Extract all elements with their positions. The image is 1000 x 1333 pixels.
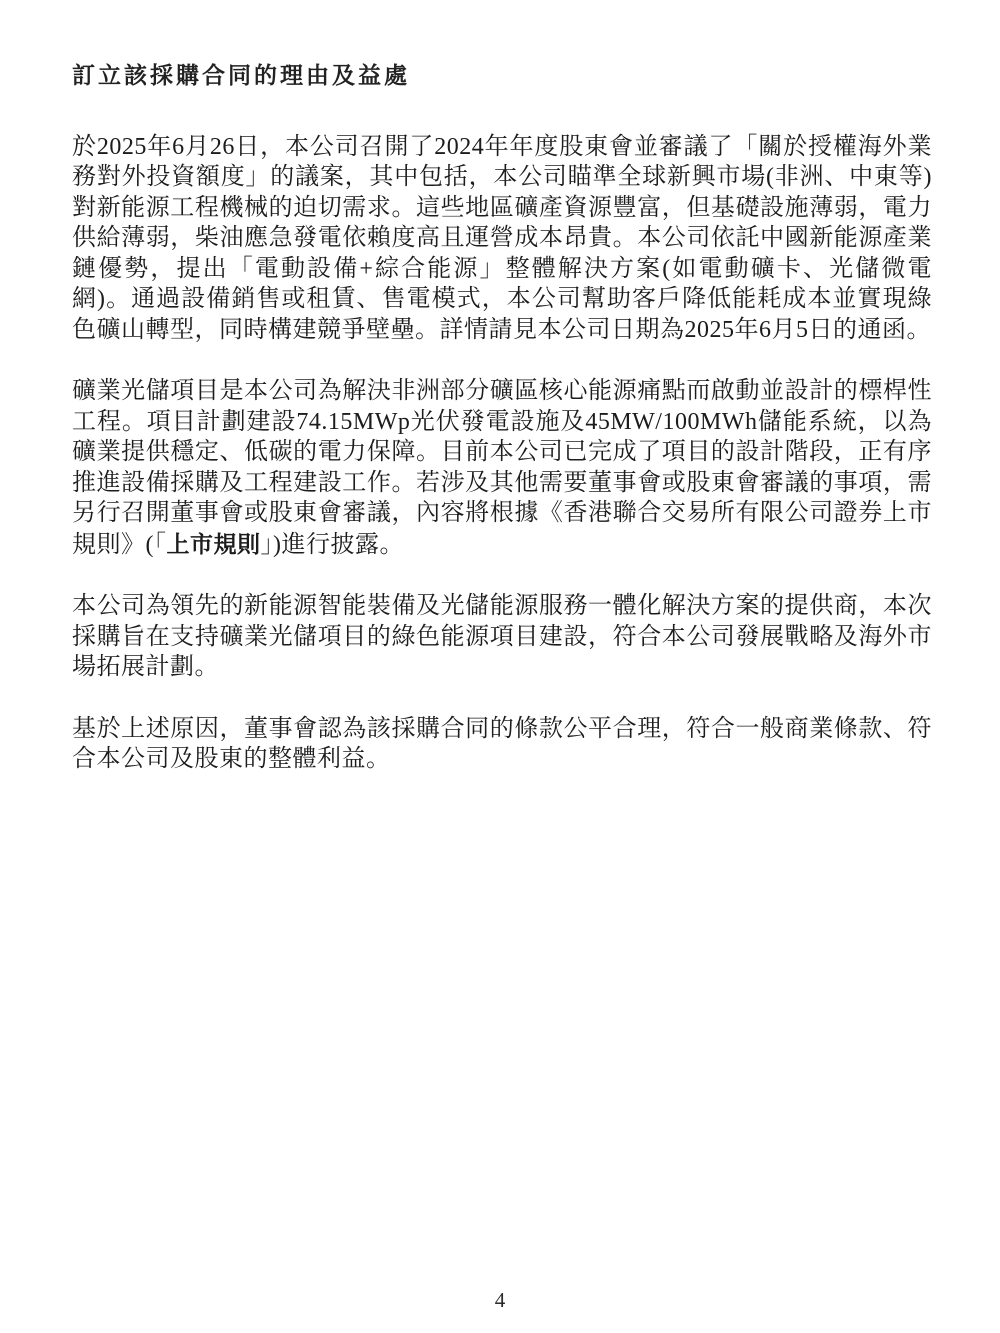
paragraph-4: 基於上述原因，董事會認為該採購合同的條款公平合理，符合一般商業條款、符合本公司及… (72, 714, 932, 775)
paragraph-1: 於2025年6月26日，本公司召開了2024年年度股東會並審議了「關於授權海外業… (72, 132, 932, 346)
paragraph-2: 礦業光儲項目是本公司為解決非洲部分礦區核心能源痛點而啟動並設計的標桿性工程。項目… (72, 376, 932, 560)
defined-term-listing-rules: 上市規則 (167, 531, 261, 557)
document-content: 訂立該採購合同的理由及益處 於2025年6月26日，本公司召開了2024年年度股… (72, 62, 932, 806)
paragraph-2-text-after: 」)進行披露。 (261, 532, 405, 558)
section-heading: 訂立該採購合同的理由及益處 (72, 62, 932, 90)
document-page: 訂立該採購合同的理由及益處 於2025年6月26日，本公司召開了2024年年度股… (0, 0, 1000, 1333)
page-number: 4 (0, 1288, 1000, 1313)
paragraph-3: 本公司為領先的新能源智能裝備及光儲能源服務一體化解決方案的提供商，本次採購旨在支… (72, 591, 932, 683)
